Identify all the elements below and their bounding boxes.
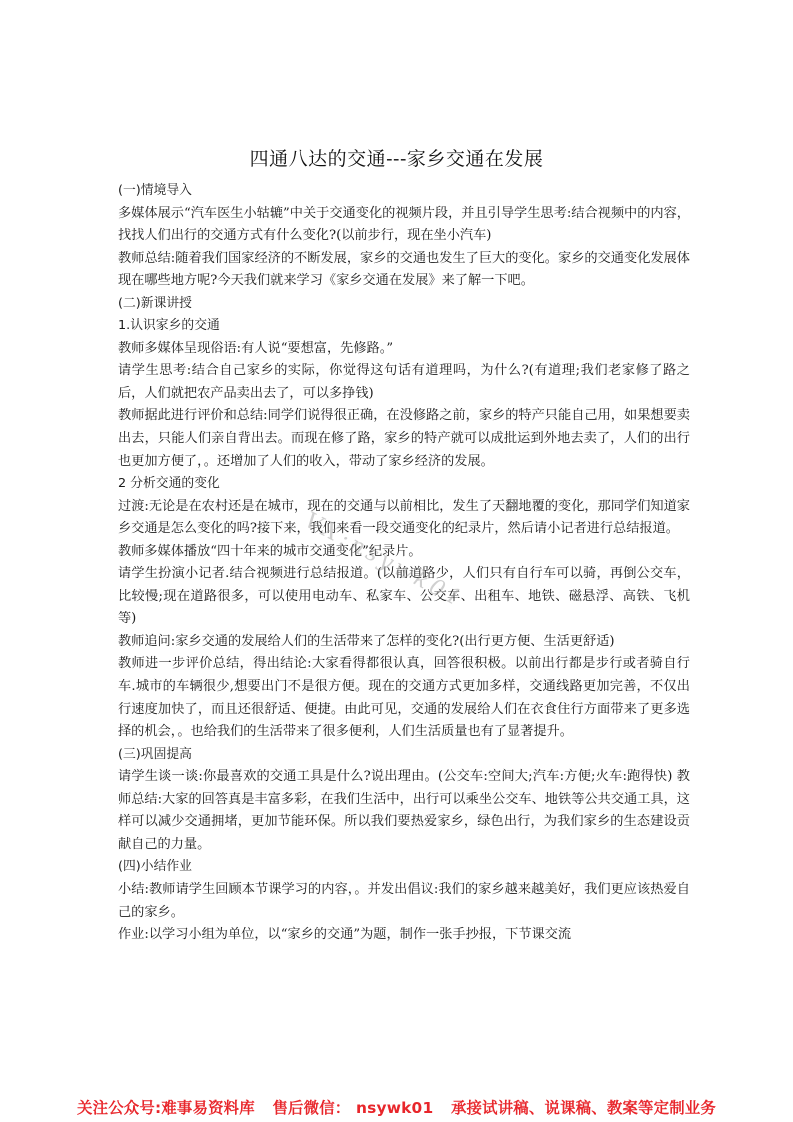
footer-banner: 关注公众号:难事易资料库 售后微信： nsywk01 承接试讲稿、说课稿、教案等… <box>0 1096 793 1118</box>
paragraph: 教师多媒体呈现俗语:有人说“要想富，先修路。” <box>118 338 690 361</box>
paragraph: 请学生扮演小记者.结合视频进行总结报道。(以前道路少，人们只有自行车可以骑，再倒… <box>118 563 690 631</box>
section-heading: (三)巩固提高 <box>118 744 690 767</box>
paragraph: 教师追问:家乡交通的发展给人们的生活带来了怎样的变化?(出行更方便、生活更舒适) <box>118 631 690 654</box>
paragraph: 小结:教师请学生回顾本节课学习的内容，。并发出倡议:我们的家乡越来越美好，我们更… <box>118 879 690 924</box>
footer-services: 承接试讲稿、说课稿、教案等定制业务 <box>451 1099 716 1117</box>
paragraph: 教师总结:随着我们国家经济的不断发展，家乡的交通也发生了巨大的变化。家乡的交通变… <box>118 248 690 293</box>
section-heading: (一)情境导入 <box>118 180 690 203</box>
paragraph: 请学生思考:结合自己家乡的实际，你觉得这句话有道理吗，为什么?(有道理;我们老家… <box>118 360 690 405</box>
subsection-heading: 2 分析交通的变化 <box>118 473 690 496</box>
paragraph: 请学生谈一谈:你最喜欢的交通工具是什么?说出理由。(公交车:空间大;汽车:方便;… <box>118 766 690 856</box>
document-page: 四通八达的交通---家乡交通在发展 (一)情境导入 多媒体展示“汽车医生小轱辘”… <box>0 0 793 1122</box>
paragraph: 多媒体展示“汽车医生小轱辘”中关于交通变化的视频片段，并且引导学生思考:结合视频… <box>118 203 690 248</box>
document-body: (一)情境导入 多媒体展示“汽车医生小轱辘”中关于交通变化的视频片段，并且引导学… <box>118 180 690 947</box>
paragraph: 过渡:无论是在农村还是在城市，现在的交通与以前相比，发生了天翻地覆的变化，那同学… <box>118 496 690 541</box>
footer-account: 关注公众号:难事易资料库 <box>77 1099 255 1117</box>
paragraph: 教师进一步评价总结，得出结论:大家看得都很认真，回答很积极。以前出行都是步行或者… <box>118 653 690 743</box>
section-heading: (二)新课讲授 <box>118 293 690 316</box>
document-title: 四通八达的交通---家乡交通在发展 <box>0 146 793 172</box>
paragraph: 教师多媒体播放“四十年来的城市交通变化”纪录片。 <box>118 541 690 564</box>
paragraph: 作业:以学习小组为单位，以“家乡的交通”为题，制作一张手抄报，下节课交流 <box>118 924 690 947</box>
section-heading: (四)小结作业 <box>118 856 690 879</box>
footer-wechat: 售后微信： nsywk01 <box>272 1099 433 1117</box>
paragraph: 教师据此进行评价和总结:同学们说得很正确，在没修路之前，家乡的特产只能自己用，如… <box>118 405 690 473</box>
subsection-heading: 1.认识家乡的交通 <box>118 315 690 338</box>
